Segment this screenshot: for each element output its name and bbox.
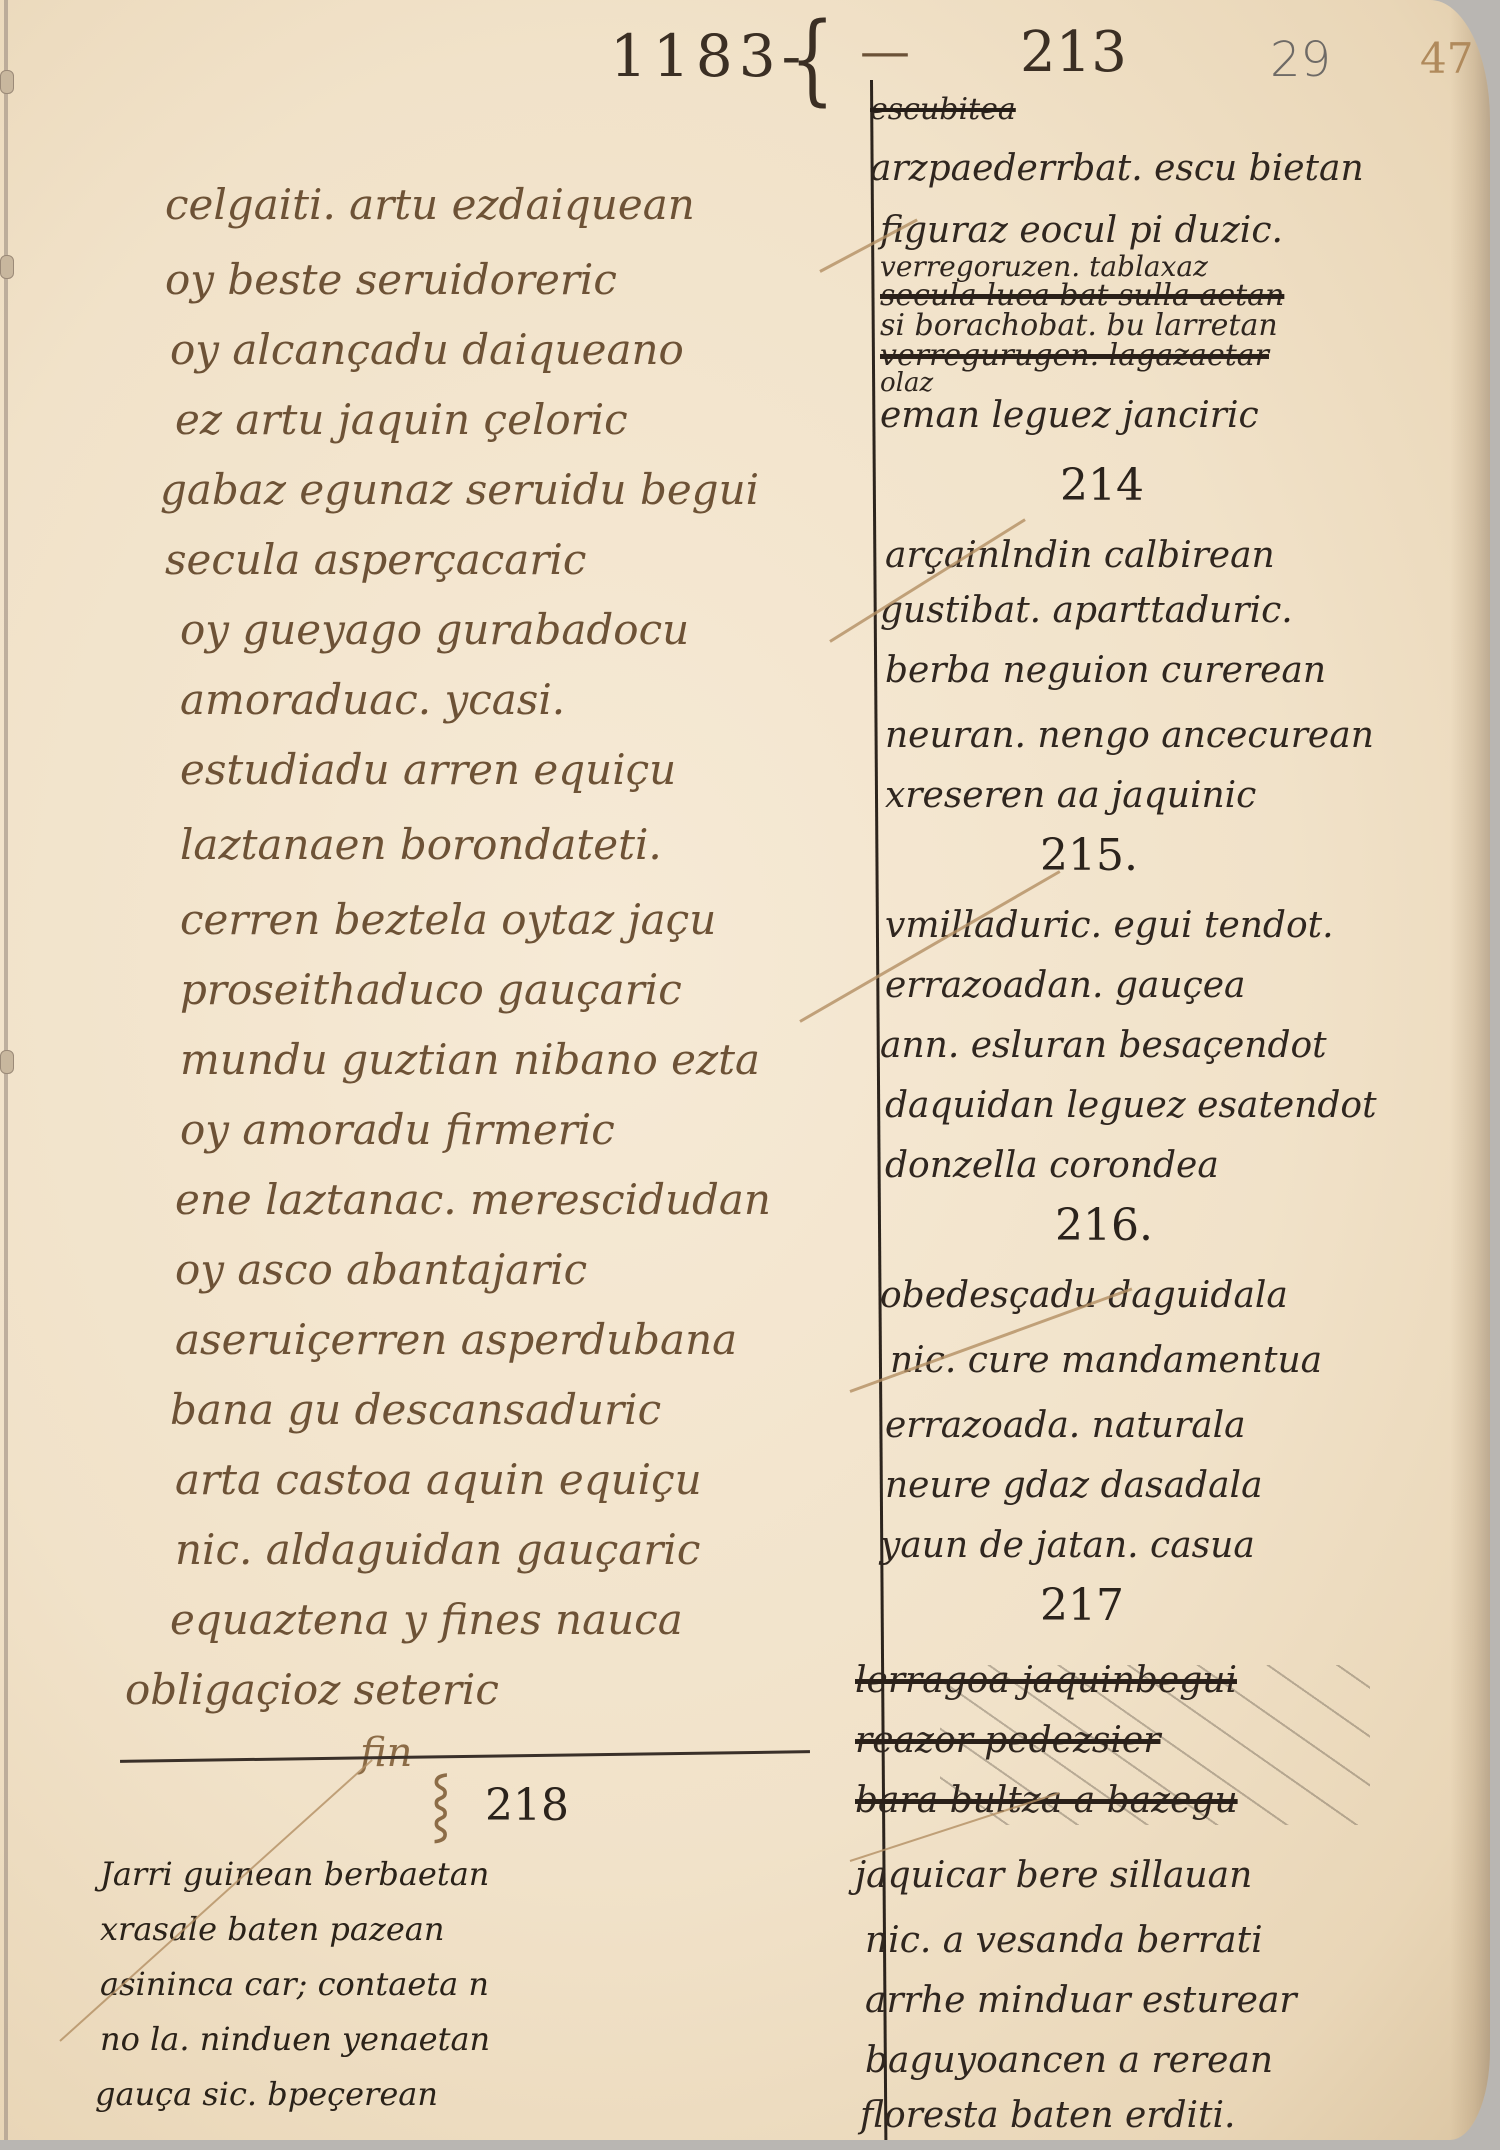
text-line: floresta baten erditi. <box>860 2095 1235 2136</box>
verse-number-218: 218 <box>485 1780 569 1831</box>
header-brace: { <box>790 2 835 117</box>
pencil-page-number: 29 <box>1270 32 1331 88</box>
text-line: oy beste seruidoreric <box>165 255 617 304</box>
struck-line: bara bultza a bazegu <box>855 1780 1238 1821</box>
text-line: amoraduac. ycasi. <box>180 675 565 724</box>
text-line: celgaiti. artu ezdaiquean <box>165 180 695 229</box>
text-line: arta castoa aquin equiçu <box>175 1455 702 1504</box>
verse-number-217: 217 <box>1040 1580 1124 1631</box>
text-line: estudiadu arren equiçu <box>180 745 676 794</box>
binding-stitch <box>0 255 14 279</box>
text-line: asininca car; contaeta n <box>100 1965 489 2003</box>
text-line: eman leguez janciric <box>880 395 1259 436</box>
text-line: bana gu descansaduric <box>170 1385 661 1434</box>
struck-line: escubitea <box>870 92 1016 127</box>
squiggle-mark: ⸾ <box>430 1760 451 1842</box>
text-line: errazoada. naturala <box>885 1405 1246 1446</box>
text-line: ez artu jaquin çeloric <box>175 395 628 444</box>
text-line: oy amoradu firmeric <box>180 1105 615 1154</box>
section-end-rule <box>120 1750 810 1763</box>
text-line: aseruiçerren asperdubana <box>175 1315 737 1364</box>
text-line: Jarri guinean berbaetan <box>100 1855 489 1893</box>
verse-number-214: 214 <box>1060 460 1144 511</box>
text-line: donzella corondea <box>885 1145 1219 1186</box>
text-line: mundu guztian nibano ezta <box>180 1035 760 1084</box>
text-line: cerren beztela oytaz jaçu <box>180 895 716 944</box>
text-line: gustibat. aparttaduric. <box>880 590 1293 631</box>
manuscript-page: 1183- { — 213 29 47 celgaiti. artu ezdai… <box>0 0 1490 2140</box>
text-line: neuran. nengo ancecurean <box>885 715 1374 756</box>
ink-folio-number: 47 <box>1420 34 1473 83</box>
text-line: obligaçioz seteric <box>125 1665 499 1714</box>
folio-number: 1183- <box>610 22 807 90</box>
text-line: oy gueyago gurabadocu <box>180 605 689 654</box>
text-line: oy asco abantajaric <box>175 1245 587 1294</box>
struck-line: lerragoa jaquinbegui <box>855 1660 1237 1701</box>
text-line: no la. ninduen yenaetan <box>100 2020 490 2058</box>
text-line: arzpaederrbat. escu bietan <box>870 148 1364 189</box>
text-line: equaztena y fines nauca <box>170 1595 683 1644</box>
struck-line: reazor pedezsier <box>855 1720 1160 1761</box>
text-line: xrasale baten pazean <box>100 1910 444 1948</box>
text-line: laztanaen borondateti. <box>180 820 662 869</box>
text-line: nic. aldaguidan gauçaric <box>175 1525 700 1574</box>
text-line: olaz <box>880 368 933 398</box>
text-line: nic. a vesanda berrati <box>865 1920 1263 1961</box>
text-line: figuraz eocul pi duzic. <box>880 210 1283 251</box>
text-line: oy alcançadu daiqueano <box>170 325 684 374</box>
text-line: ann. esluran besaçendot <box>880 1025 1327 1066</box>
page-edge-shadow <box>1450 0 1490 2140</box>
header-dash: — <box>860 22 910 80</box>
text-line: vmilladuric. egui tendot. <box>885 905 1334 946</box>
text-line: daquidan leguez esatendot <box>885 1085 1377 1126</box>
text-line: ene laztanac. merescidudan <box>175 1175 771 1224</box>
text-line: nic. cure mandamentua <box>890 1340 1322 1381</box>
text-line: neure gdaz dasadala <box>885 1465 1263 1506</box>
text-line: baguyoancen a rerean <box>865 2040 1273 2081</box>
text-line: xreseren aa jaquinic <box>885 775 1256 816</box>
fin-label: fin <box>360 1730 412 1776</box>
text-line: yaun de jatan. casua <box>880 1525 1255 1566</box>
text-line: gauça sic. bpeçerean <box>95 2075 438 2113</box>
text-line: berba neguion curerean <box>885 650 1326 691</box>
text-line: obedesçadu daguidala <box>880 1275 1288 1316</box>
struck-line: verregurugen. lagazaetar <box>880 338 1269 373</box>
binding-stitch <box>0 1050 14 1074</box>
text-line: gabaz egunaz seruidu begui <box>160 465 759 514</box>
text-line: errazoadan. gauçea <box>885 965 1246 1006</box>
verse-number-216: 216. <box>1055 1200 1153 1251</box>
text-line: proseithaduco gauçaric <box>180 965 682 1014</box>
verse-number-213: 213 <box>1020 20 1127 85</box>
text-line: secula asperçacaric <box>165 535 586 584</box>
text-line: jaquicar bere sillauan <box>855 1855 1252 1896</box>
binding-stitch <box>0 70 14 94</box>
text-line: arrhe minduar esturear <box>865 1980 1297 2021</box>
